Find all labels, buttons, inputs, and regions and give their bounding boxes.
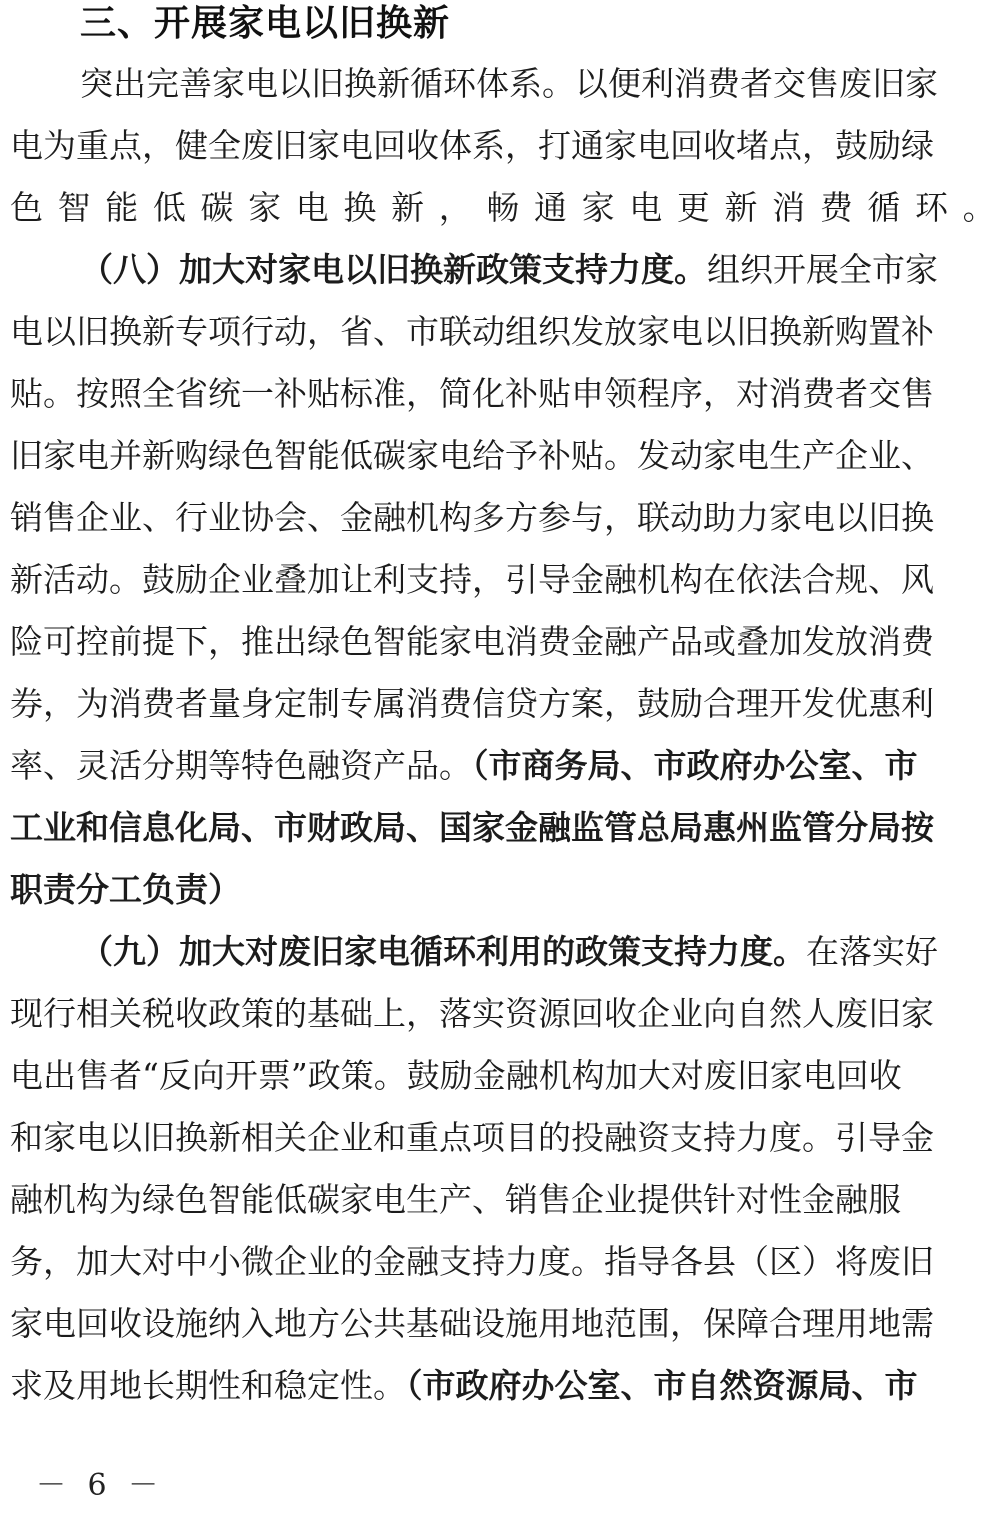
item-8-text-end: 率、灵活分期等特色融资产品。 [10, 746, 472, 785]
paragraph-item-8-line-9: 率、灵活分期等特色融资产品。（市商务局、市政府办公室、市 [10, 744, 990, 788]
paragraph-item-8-line-8: 券，为消费者量身定制专属消费信贷方案，鼓励合理开发优惠利 [10, 682, 990, 726]
paragraph-item-9-line-4: 和家电以旧换新相关企业和重点项目的投融资支持力度。引导金 [10, 1116, 990, 1160]
paragraph-item-9-line-5: 融机构为绿色智能低碳家电生产、销售企业提供针对性金融服 [10, 1178, 990, 1222]
document-page: 三、开展家电以旧换新 突出完善家电以旧换新循环体系。以便利消费者交售废旧家 电为… [0, 0, 1000, 1519]
paragraph-item-8-line-7: 险可控前提下，推出绿色智能家电消费金融产品或叠加发放消费 [10, 620, 990, 664]
page-number: － 6 － [36, 1466, 164, 1506]
paragraph-item-9-line-8: 求及用地长期性和稳定性。（市政府办公室、市自然资源局、市 [10, 1364, 990, 1408]
paragraph-intro-line-3: 色智能低碳家电换新，畅通家电更新消费循环。 [10, 186, 990, 230]
paragraph-item-8-line-2: 电以旧换新专项行动，省、市联动组织发放家电以旧换新购置补 [10, 310, 990, 354]
paragraph-item-9-line-6: 务，加大对中小微企业的金融支持力度。指导各县（区）将废旧 [10, 1240, 990, 1284]
item-9-text-end: 求及用地长期性和稳定性。 [10, 1366, 406, 1405]
item-8-text: 组织开展全市家 [707, 250, 938, 289]
paragraph-item-8-line-5: 销售企业、行业协会、金融机构多方参与，联动助力家电以旧换 [10, 496, 990, 540]
paragraph-item-9-line-1: （九）加大对废旧家电循环利用的政策支持力度。在落实好 [80, 930, 990, 974]
paragraph-intro-line-1: 突出完善家电以旧换新循环体系。以便利消费者交售废旧家 [80, 62, 990, 106]
paragraph-item-8-line-6: 新活动。鼓励企业叠加让利支持，引导金融机构在依法合规、风 [10, 558, 990, 602]
paragraph-item-8-line-1: （八）加大对家电以旧换新政策支持力度。组织开展全市家 [80, 248, 990, 292]
item-9-title: （九）加大对废旧家电循环利用的政策支持力度。 [80, 932, 806, 971]
paragraph-item-8-line-10: 工业和信息化局、市财政局、国家金融监管总局惠州监管分局按 [10, 806, 990, 850]
paragraph-item-8-line-4: 旧家电并新购绿色智能低碳家电给予补贴。发动家电生产企业、 [10, 434, 990, 478]
paragraph-item-9-line-2: 现行相关税收政策的基础上，落实资源回收企业向自然人废旧家 [10, 992, 990, 1036]
paragraph-item-8-line-3: 贴。按照全省统一补贴标准，简化补贴申领程序，对消费者交售 [10, 372, 990, 416]
paragraph-intro-line-2: 电为重点，健全废旧家电回收体系，打通家电回收堵点，鼓励绿 [10, 124, 990, 168]
paragraph-item-8-line-11: 职责分工负责） [10, 868, 990, 912]
section-heading: 三、开展家电以旧换新 [80, 2, 450, 46]
item-9-text: 在落实好 [806, 932, 938, 971]
item-8-responsible-start: （市商务局、市政府办公室、市 [472, 746, 918, 785]
paragraph-item-9-line-7: 家电回收设施纳入地方公共基础设施用地范围，保障合理用地需 [10, 1302, 990, 1346]
item-9-responsible-start: （市政府办公室、市自然资源局、市 [406, 1366, 918, 1405]
paragraph-item-9-line-3: 电出售者“反向开票”政策。鼓励金融机构加大对废旧家电回收 [10, 1054, 990, 1098]
item-8-title: （八）加大对家电以旧换新政策支持力度。 [80, 250, 707, 289]
